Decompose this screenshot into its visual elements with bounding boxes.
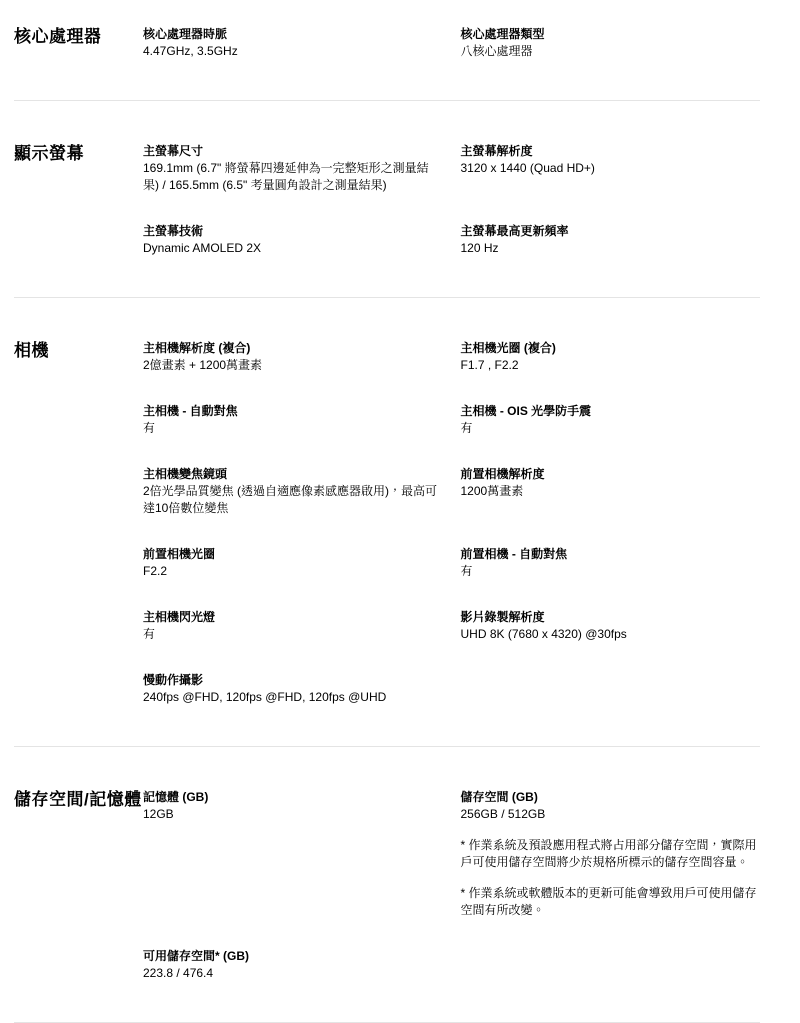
storage-note-2: * 作業系統或軟體版本的更新可能會導致用戶可使用儲存空間有所改變。 bbox=[461, 885, 761, 919]
spec-value: 169.1mm (6.7" 將螢幕四邊延伸為一完整矩形之測量結果) / 165.… bbox=[143, 160, 443, 194]
spec-row: 主相機 - 自動對焦 有 主相機 - OIS 光學防手震 有 bbox=[143, 403, 760, 437]
spec-item-main-camera-ois: 主相機 - OIS 光學防手震 有 bbox=[461, 403, 761, 437]
spec-item-refresh-rate: 主螢幕最高更新頻率 120 Hz bbox=[461, 223, 761, 257]
section-camera: 相機 主相機解析度 (複合) 2億畫素 + 1200萬畫素 主相機光圈 (複合)… bbox=[14, 298, 760, 746]
spec-value: 223.8 / 476.4 bbox=[143, 965, 443, 982]
section-body-storage-memory: 記憶體 (GB) 12GB 儲存空間 (GB) 256GB / 512GB * … bbox=[143, 789, 760, 982]
spec-item-main-camera-flash: 主相機閃光燈 有 bbox=[143, 609, 443, 643]
spec-item-main-camera-resolution: 主相機解析度 (複合) 2億畫素 + 1200萬畫素 bbox=[143, 340, 443, 374]
spec-value: 有 bbox=[143, 626, 443, 643]
spec-label: 前置相機 - 自動對焦 bbox=[461, 546, 761, 563]
spec-value: 3120 x 1440 (Quad HD+) bbox=[461, 160, 761, 177]
spec-item-storage: 儲存空間 (GB) 256GB / 512GB * 作業系統及預設應用程式將占用… bbox=[461, 789, 761, 919]
spec-label: 主相機光圈 (複合) bbox=[461, 340, 761, 357]
spec-item-empty bbox=[461, 672, 761, 706]
spec-label: 儲存空間 (GB) bbox=[461, 789, 761, 806]
spec-item-main-camera-aperture: 主相機光圈 (複合) F1.7 , F2.2 bbox=[461, 340, 761, 374]
spec-value: 120 Hz bbox=[461, 240, 761, 257]
spec-label: 主相機 - 自動對焦 bbox=[143, 403, 443, 420]
spec-value: 240fps @FHD, 120fps @FHD, 120fps @UHD bbox=[143, 689, 443, 706]
spec-label: 主相機閃光燈 bbox=[143, 609, 443, 626]
spec-value: 12GB bbox=[143, 806, 443, 823]
spec-row: 記憶體 (GB) 12GB 儲存空間 (GB) 256GB / 512GB * … bbox=[143, 789, 760, 919]
spec-row: 主螢幕尺寸 169.1mm (6.7" 將螢幕四邊延伸為一完整矩形之測量結果) … bbox=[143, 143, 760, 194]
spec-label: 核心處理器時脈 bbox=[143, 26, 443, 43]
section-title-processor: 核心處理器 bbox=[14, 26, 143, 60]
spec-row: 主相機變焦鏡頭 2倍光學品質變焦 (透過自適應像素感應器啟用)，最高可達10倍數… bbox=[143, 466, 760, 517]
spec-item-slow-motion: 慢動作攝影 240fps @FHD, 120fps @FHD, 120fps @… bbox=[143, 672, 443, 706]
spec-value: 4.47GHz, 3.5GHz bbox=[143, 43, 443, 60]
spec-label: 前置相機光圈 bbox=[143, 546, 443, 563]
spec-item-video-recording-resolution: 影片錄製解析度 UHD 8K (7680 x 4320) @30fps bbox=[461, 609, 761, 643]
spec-item-cpu-type: 核心處理器類型 八核心處理器 bbox=[461, 26, 761, 60]
section-body-processor: 核心處理器時脈 4.47GHz, 3.5GHz 核心處理器類型 八核心處理器 bbox=[143, 26, 760, 60]
spec-label: 主相機解析度 (複合) bbox=[143, 340, 443, 357]
spec-item-screen-size: 主螢幕尺寸 169.1mm (6.7" 將螢幕四邊延伸為一完整矩形之測量結果) … bbox=[143, 143, 443, 194]
spec-value: F1.7 , F2.2 bbox=[461, 357, 761, 374]
spec-item-memory: 記憶體 (GB) 12GB bbox=[143, 789, 443, 919]
section-title-camera: 相機 bbox=[14, 340, 143, 706]
spec-item-screen-technology: 主螢幕技術 Dynamic AMOLED 2X bbox=[143, 223, 443, 257]
spec-row: 可用儲存空間* (GB) 223.8 / 476.4 bbox=[143, 948, 760, 982]
spec-label: 可用儲存空間* (GB) bbox=[143, 948, 443, 965]
section-title-display: 顯示螢幕 bbox=[14, 143, 143, 257]
spec-item-front-camera-autofocus: 前置相機 - 自動對焦 有 bbox=[461, 546, 761, 580]
spec-row: 主螢幕技術 Dynamic AMOLED 2X 主螢幕最高更新頻率 120 Hz bbox=[143, 223, 760, 257]
spec-row: 前置相機光圈 F2.2 前置相機 - 自動對焦 有 bbox=[143, 546, 760, 580]
spec-value: UHD 8K (7680 x 4320) @30fps bbox=[461, 626, 761, 643]
spec-row: 主相機閃光燈 有 影片錄製解析度 UHD 8K (7680 x 4320) @3… bbox=[143, 609, 760, 643]
spec-label: 慢動作攝影 bbox=[143, 672, 443, 689]
section-storage-memory: 儲存空間/記憶體 記憶體 (GB) 12GB 儲存空間 (GB) 256GB /… bbox=[14, 747, 760, 1022]
spec-value: F2.2 bbox=[143, 563, 443, 580]
spec-row: 核心處理器時脈 4.47GHz, 3.5GHz 核心處理器類型 八核心處理器 bbox=[143, 26, 760, 60]
spec-value: 有 bbox=[461, 420, 761, 437]
spec-item-main-camera-autofocus: 主相機 - 自動對焦 有 bbox=[143, 403, 443, 437]
section-body-display: 主螢幕尺寸 169.1mm (6.7" 將螢幕四邊延伸為一完整矩形之測量結果) … bbox=[143, 143, 760, 257]
spec-label: 影片錄製解析度 bbox=[461, 609, 761, 626]
section-processor: 核心處理器 核心處理器時脈 4.47GHz, 3.5GHz 核心處理器類型 八核… bbox=[14, 24, 760, 100]
spec-value: 2億畫素 + 1200萬畫素 bbox=[143, 357, 443, 374]
spec-label: 前置相機解析度 bbox=[461, 466, 761, 483]
spec-item-main-camera-zoom: 主相機變焦鏡頭 2倍光學品質變焦 (透過自適應像素感應器啟用)，最高可達10倍數… bbox=[143, 466, 443, 517]
spec-label: 主相機變焦鏡頭 bbox=[143, 466, 443, 483]
section-body-camera: 主相機解析度 (複合) 2億畫素 + 1200萬畫素 主相機光圈 (複合) F1… bbox=[143, 340, 760, 706]
spec-page: 核心處理器 核心處理器時脈 4.47GHz, 3.5GHz 核心處理器類型 八核… bbox=[14, 0, 760, 1023]
spec-label: 核心處理器類型 bbox=[461, 26, 761, 43]
spec-label: 主螢幕解析度 bbox=[461, 143, 761, 160]
spec-row: 慢動作攝影 240fps @FHD, 120fps @FHD, 120fps @… bbox=[143, 672, 760, 706]
spec-label: 主螢幕技術 bbox=[143, 223, 443, 240]
spec-item-front-camera-aperture: 前置相機光圈 F2.2 bbox=[143, 546, 443, 580]
spec-row: 主相機解析度 (複合) 2億畫素 + 1200萬畫素 主相機光圈 (複合) F1… bbox=[143, 340, 760, 374]
spec-label: 主相機 - OIS 光學防手震 bbox=[461, 403, 761, 420]
spec-label: 主螢幕最高更新頻率 bbox=[461, 223, 761, 240]
spec-value: Dynamic AMOLED 2X bbox=[143, 240, 443, 257]
spec-label: 主螢幕尺寸 bbox=[143, 143, 443, 160]
spec-value: 有 bbox=[143, 420, 443, 437]
spec-item-screen-resolution: 主螢幕解析度 3120 x 1440 (Quad HD+) bbox=[461, 143, 761, 194]
section-title-storage-memory: 儲存空間/記憶體 bbox=[14, 789, 143, 982]
spec-item-front-camera-resolution: 前置相機解析度 1200萬畫素 bbox=[461, 466, 761, 517]
spec-value: 2倍光學品質變焦 (透過自適應像素感應器啟用)，最高可達10倍數位變焦 bbox=[143, 483, 443, 517]
spec-item-empty bbox=[461, 948, 761, 982]
spec-value: 有 bbox=[461, 563, 761, 580]
storage-note-1: * 作業系統及預設應用程式將占用部分儲存空間，實際用戶可使用儲存空間將少於規格所… bbox=[461, 837, 761, 871]
spec-value: 1200萬畫素 bbox=[461, 483, 761, 500]
spec-label: 記憶體 (GB) bbox=[143, 789, 443, 806]
spec-value: 八核心處理器 bbox=[461, 43, 761, 60]
spec-value: 256GB / 512GB bbox=[461, 806, 761, 823]
spec-item-cpu-speed: 核心處理器時脈 4.47GHz, 3.5GHz bbox=[143, 26, 443, 60]
section-display: 顯示螢幕 主螢幕尺寸 169.1mm (6.7" 將螢幕四邊延伸為一完整矩形之測… bbox=[14, 101, 760, 297]
spec-item-available-storage: 可用儲存空間* (GB) 223.8 / 476.4 bbox=[143, 948, 443, 982]
